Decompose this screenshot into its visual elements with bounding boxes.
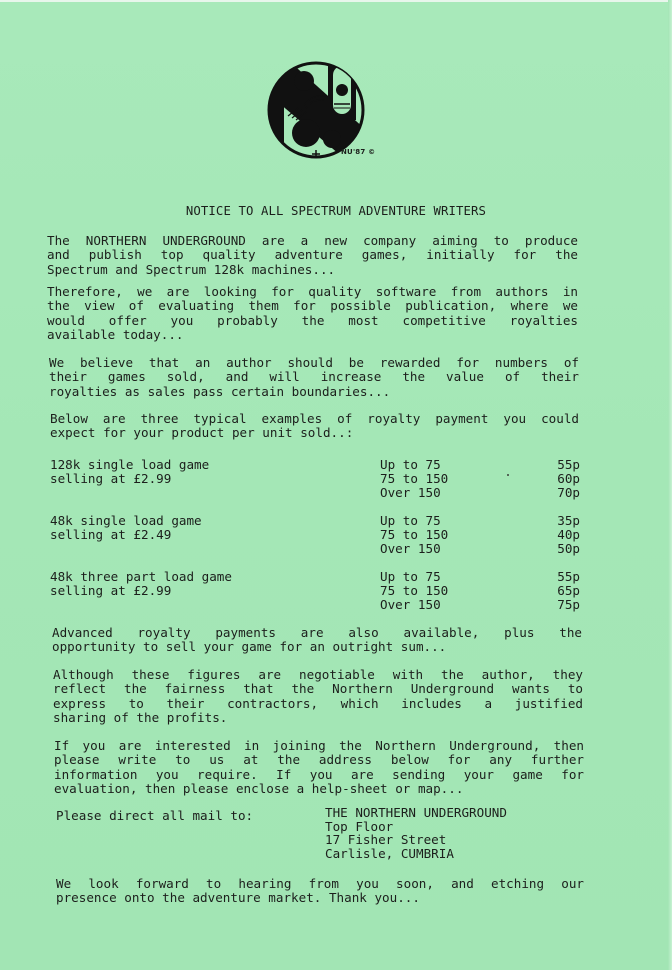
paper-right-edge [668,0,672,970]
address-line: 17 Fisher Street [325,833,507,847]
text-line: We look forward to hearing from you soon… [56,877,584,891]
tier-row: Up to 7555p [380,458,580,472]
tier-row: Over 15075p [380,598,580,612]
text-line: Although these figures are negotiable wi… [53,668,583,682]
tier-amount: 70p [557,486,580,500]
notice-title: NOTICE TO ALL SPECTRUM ADVENTURE WRITERS [0,204,672,218]
game-type: 48k three part load game [50,569,232,584]
game-type: 128k single load game [50,457,209,472]
paragraph-looking: Therefore, we are looking for quality so… [47,285,578,343]
tier-row: Over 15070p [380,486,580,500]
tier-amount: 60p [557,472,580,486]
text-line: available today... [47,328,578,342]
royalty-tiers: Up to 7535p 75 to 15040p Over 15050p [380,514,580,555]
text-line: would offer you probably the most compet… [47,314,578,328]
tier-amount: 65p [557,584,580,598]
paragraph-examples-intro: Below are three typical examples of roya… [50,412,579,441]
ink-speck [507,474,509,476]
logo-copyright-mark: NU'87 © [341,148,375,156]
game-price: selling at £2.49 [50,527,171,542]
royalty-tiers: Up to 7555p 75 to 15060p Over 15070p [380,458,580,499]
paper-top-edge [0,0,672,2]
address-company: THE NORTHERN UNDERGROUND [325,806,507,820]
tier-row: 75 to 15060p [380,472,580,486]
text-line: Therefore, we are looking for quality so… [47,285,578,299]
tier-amount: 55p [557,458,580,472]
paragraph-intro: The NORTHERN UNDERGROUND are a new compa… [47,234,578,277]
address-city: Carlisle, CUMBRIA [325,847,507,861]
game-description: 128k single load game selling at £2.99 [50,458,209,486]
tier-range: Up to 75 [380,570,441,584]
text-line: sharing of the profits. [53,711,583,725]
mail-label: Please direct all mail to: [56,808,253,823]
royalty-tiers: Up to 7555p 75 to 15065p Over 15075p [380,570,580,611]
text-line: We believe that an author should be rewa… [49,356,579,370]
text-line: The NORTHERN UNDERGROUND are a new compa… [47,234,578,248]
tier-range: Over 150 [380,542,441,556]
paragraph-advanced: Advanced royalty payments are also avail… [52,626,582,655]
text-line: express to their contractors, which incl… [53,697,583,711]
tier-range: Over 150 [380,598,441,612]
text-line: Below are three typical examples of roya… [50,412,579,426]
text-line: please write to us at the address below … [54,753,584,767]
tier-row: 75 to 15040p [380,528,580,542]
tier-amount: 55p [557,570,580,584]
text-line: royalties as sales pass certain boundari… [49,385,579,399]
text-line: evaluation, then please enclose a help-s… [54,782,584,796]
tier-amount: 75p [557,598,580,612]
paragraph-closing: We look forward to hearing from you soon… [56,877,584,906]
game-description: 48k single load game selling at £2.49 [50,514,202,542]
northern-underground-logo-icon [266,60,366,160]
game-type: 48k single load game [50,513,202,528]
text-line: Spectrum and Spectrum 128k machines... [47,263,578,277]
game-description: 48k three part load game selling at £2.9… [50,570,232,598]
tier-amount: 50p [557,542,580,556]
paragraph-believe: We believe that an author should be rewa… [49,356,579,399]
paragraph-although: Although these figures are negotiable wi… [53,668,583,726]
tier-row: 75 to 15065p [380,584,580,598]
text-line: If you are interested in joining the Nor… [54,739,584,753]
tier-range: Over 150 [380,486,441,500]
text-line: information you require. If you are send… [54,768,584,782]
tier-range: 75 to 150 [380,528,448,542]
address-line: Top Floor [325,820,507,834]
tier-row: Up to 7555p [380,570,580,584]
tier-range: 75 to 150 [380,472,448,486]
text-line: and publish top quality adventure games,… [47,248,578,262]
text-line: the view of evaluating them for possible… [47,299,578,313]
tier-range: Up to 75 [380,514,441,528]
tier-row: Up to 7535p [380,514,580,528]
text-line: opportunity to sell your game for an out… [52,640,582,654]
tier-row: Over 15050p [380,542,580,556]
mailing-address: THE NORTHERN UNDERGROUND Top Floor 17 Fi… [325,806,507,860]
text-line: Advanced royalty payments are also avail… [52,626,582,640]
game-price: selling at £2.99 [50,471,171,486]
game-price: selling at £2.99 [50,583,171,598]
tier-amount: 35p [557,514,580,528]
tier-range: Up to 75 [380,458,441,472]
tier-amount: 40p [557,528,580,542]
text-line: presence onto the adventure market. Than… [56,891,584,905]
text-line: their games sold, and will increase the … [49,370,579,384]
paragraph-interested: If you are interested in joining the Nor… [54,739,584,797]
tier-range: 75 to 150 [380,584,448,598]
text-line: reflect the fairness that the Northern U… [53,682,583,696]
text-line: expect for your product per unit sold..: [50,426,579,440]
